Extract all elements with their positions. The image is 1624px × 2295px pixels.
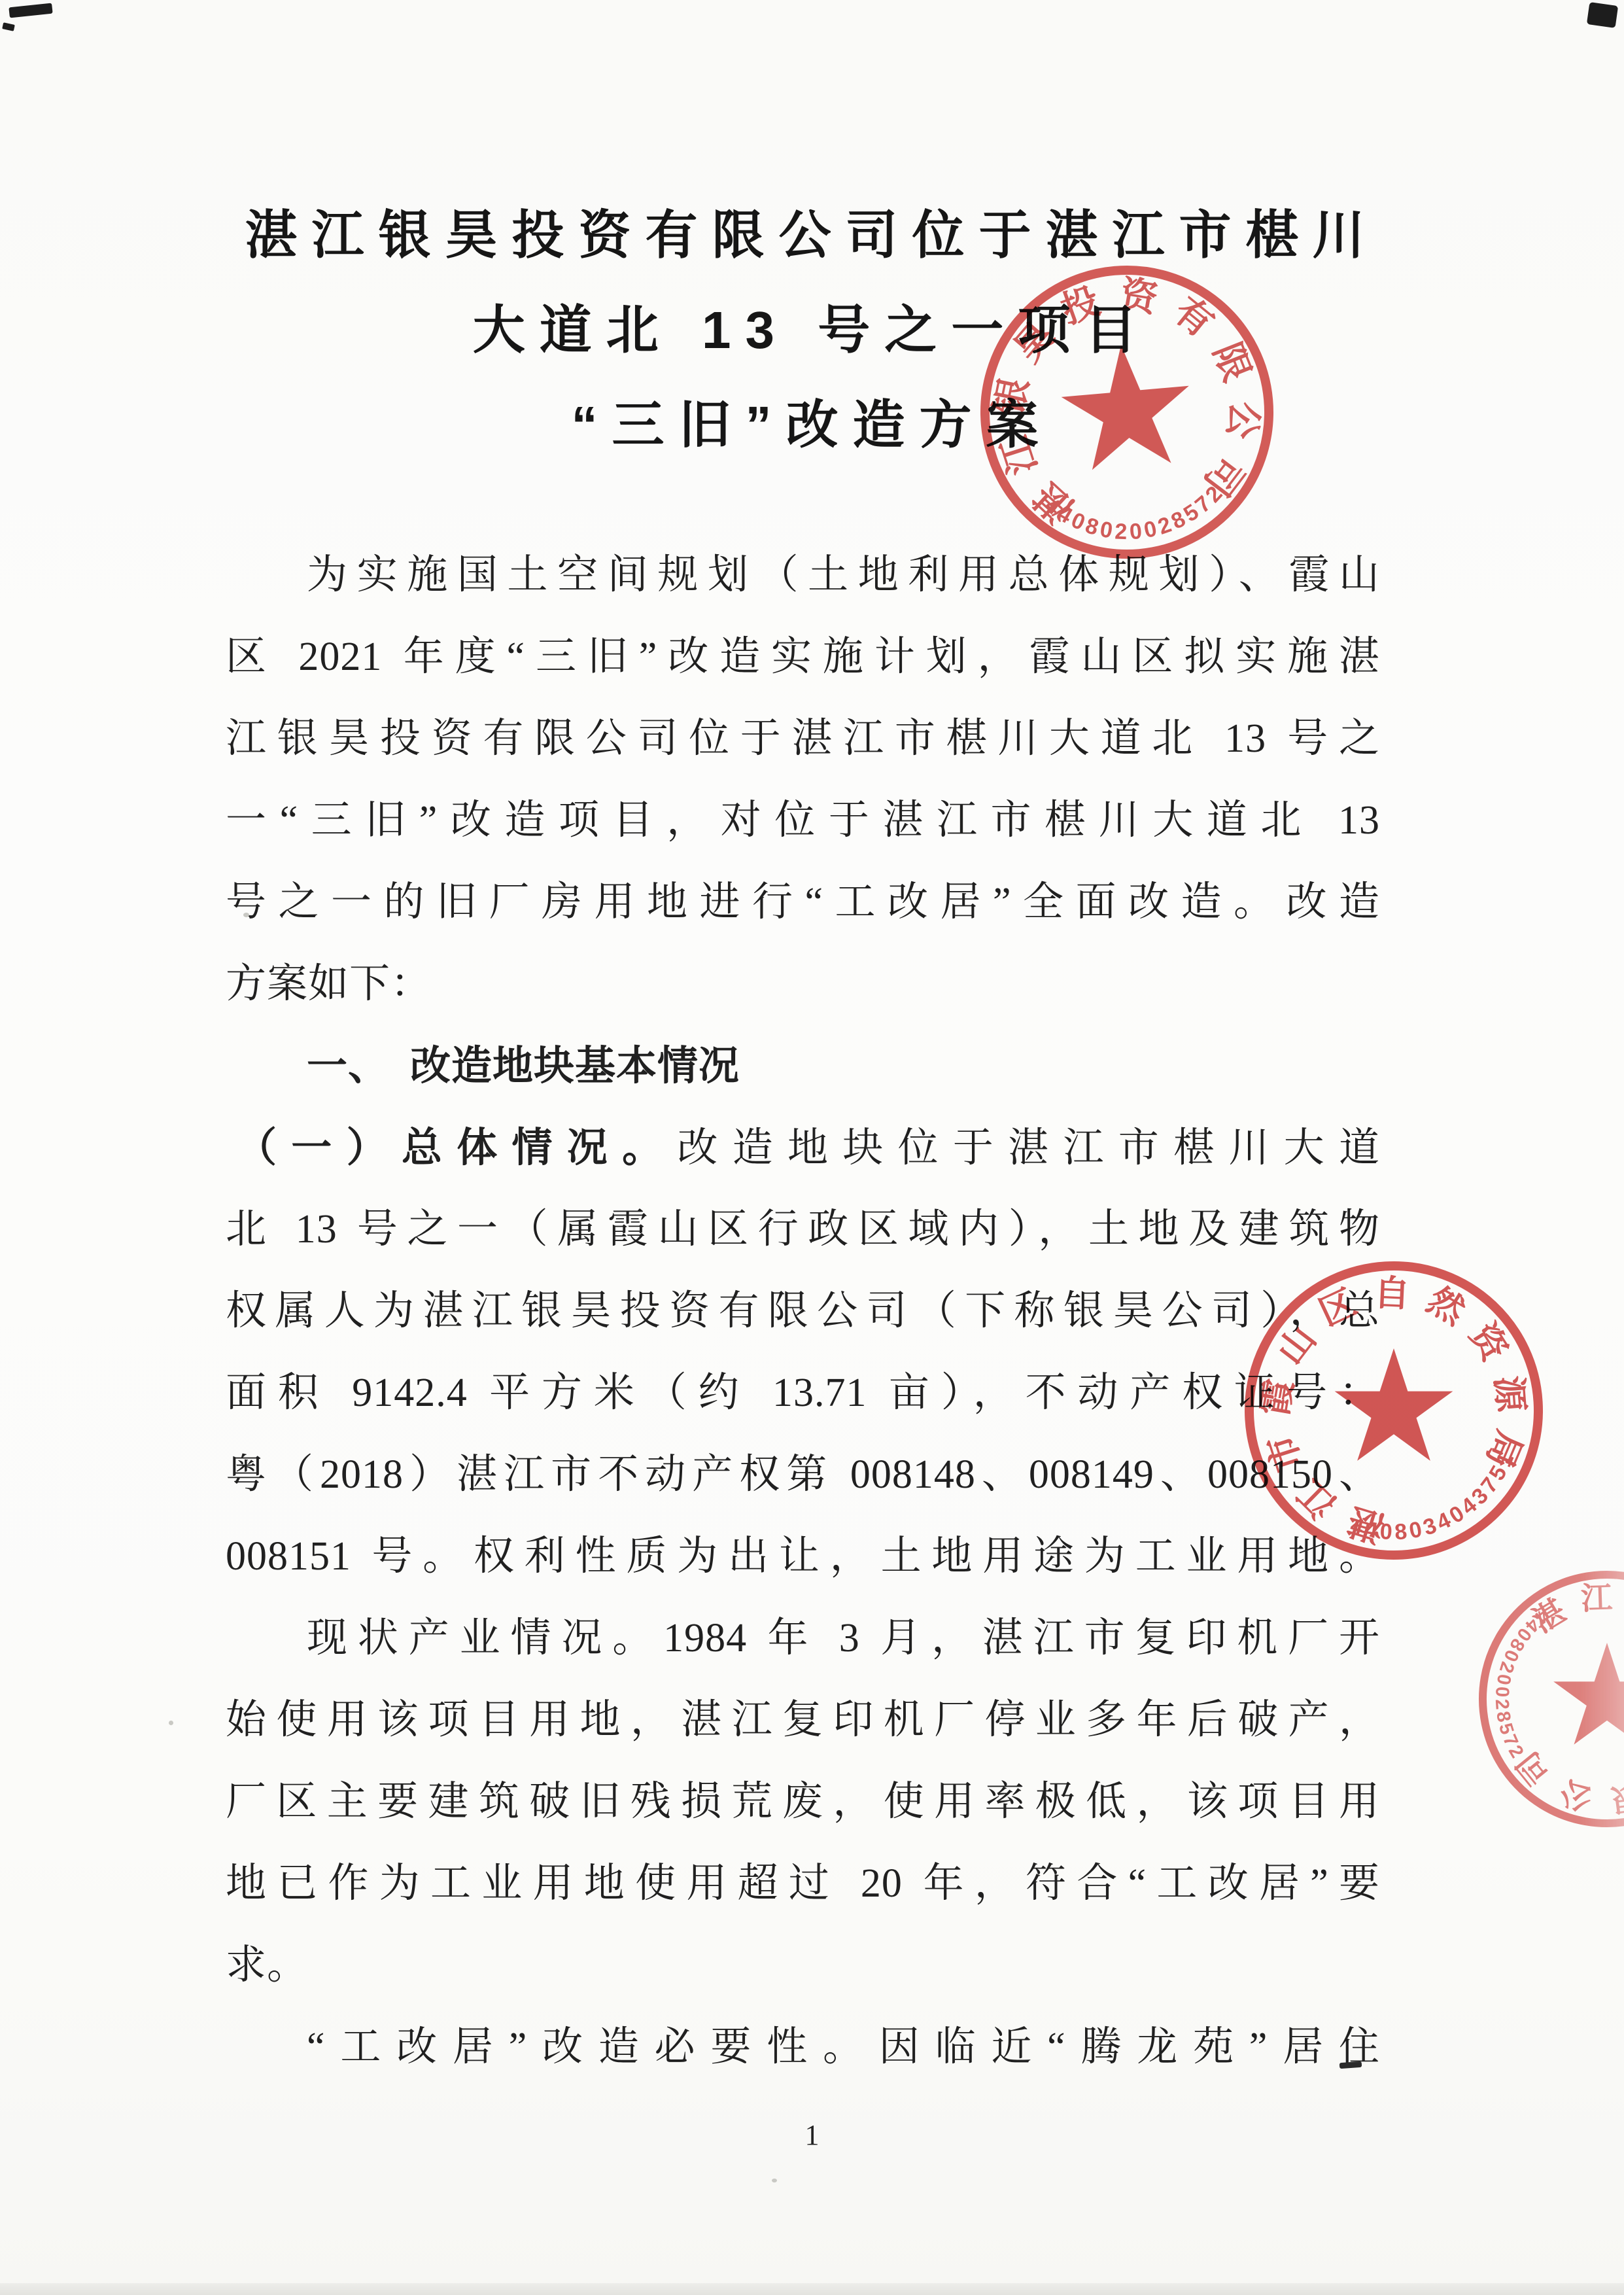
scan-speck: [169, 1721, 173, 1725]
title-line-2: 大道北 13 号之一项目: [0, 283, 1624, 377]
body-line: 权属人为湛江银昊投资有限公司（下称银昊公司），总: [226, 1270, 1380, 1352]
body-line: 江银昊投资有限公司位于湛江市椹川大道北 13 号之: [226, 698, 1380, 780]
scan-edge-shadow: [0, 2283, 1624, 2295]
body-line: 号之一的旧厂房用地进行“工改居”全面改造。改造: [226, 862, 1380, 943]
scan-speck: [772, 2179, 777, 2182]
scan-speck: [243, 913, 249, 917]
seal-code-text: 4408020028572: [1479, 1600, 1554, 1766]
scan-artifact-top-left-2: [2, 22, 15, 31]
body-line: 008151 号。权利性质为出让，土地用途为工业用地。: [226, 1516, 1380, 1598]
title-line-3: “三旧”改造方案: [0, 377, 1624, 472]
scanned-document-page: 湛江银昊投资有限公司位于湛江市椹川 大道北 13 号之一项目 “三旧”改造方案 …: [0, 0, 1624, 2295]
seal-ring-text: 湛江银昊投资有限公司: [1493, 1567, 1624, 1831]
page-number: 1: [0, 2118, 1624, 2152]
document-title: 湛江银昊投资有限公司位于湛江市椹川 大道北 13 号之一项目 “三旧”改造方案: [0, 188, 1624, 472]
body-line: “工改居”改造必要性。因临近“腾龙苑”居住: [226, 2006, 1380, 2088]
body-line: 为实施国土空间规划（土地利用总体规划）、霞山: [226, 534, 1380, 616]
body-line: 粤（2018）湛江市不动产权第 008148、008149、008150、: [226, 1434, 1380, 1516]
body-line: （一）总体情况。改造地块位于湛江市椹川大道: [226, 1107, 1380, 1189]
body-line: 区 2021 年度“三旧”改造实施计划，霞山区拟实施湛: [226, 616, 1380, 698]
body-line: 地已作为工业用地使用超过 20 年，符合“工改居”要: [226, 1843, 1380, 1925]
body-line: 现状产业情况。1984 年 3 月，湛江市复印机厂开: [226, 1598, 1380, 1679]
seal-outer-ring: [1475, 1567, 1624, 1831]
body-line: 一、 改造地块基本情况: [226, 1025, 1380, 1107]
seal-star-icon: [1553, 1643, 1624, 1745]
body-line: 始使用该项目用地，湛江复印机厂停业多年后破产，: [226, 1679, 1380, 1761]
document-body: 为实施国土空间规划（土地利用总体规划）、霞山区 2021 年度“三旧”改造实施计…: [226, 534, 1380, 2088]
red-seal-company-edge: 湛江银昊投资有限公司 4408020028572: [1475, 1567, 1624, 1831]
body-line: 面积 9142.4 平方米（约 13.71 亩），不动产权证号：: [226, 1352, 1380, 1434]
body-line: 求。: [226, 1925, 1380, 2006]
seal-graphic: 湛江银昊投资有限公司 4408020028572: [1475, 1567, 1624, 1831]
body-line: 北 13 号之一（属霞山区行政区域内），土地及建筑物: [226, 1189, 1380, 1270]
body-line: 厂区主要建筑破旧残损荒废，使用率极低，该项目用: [226, 1761, 1380, 1843]
body-line-bold-prefix: （一）总体情况。: [236, 1125, 677, 1170]
scan-artifact-top-right: [1587, 2, 1618, 28]
body-line: 方案如下：: [226, 943, 1380, 1025]
scan-artifact-top-left: [9, 3, 52, 18]
title-line-1: 湛江银昊投资有限公司位于湛江市椹川: [0, 188, 1624, 283]
body-line: 一“三旧”改造项目，对位于湛江市椹川大道北 13: [226, 780, 1380, 862]
